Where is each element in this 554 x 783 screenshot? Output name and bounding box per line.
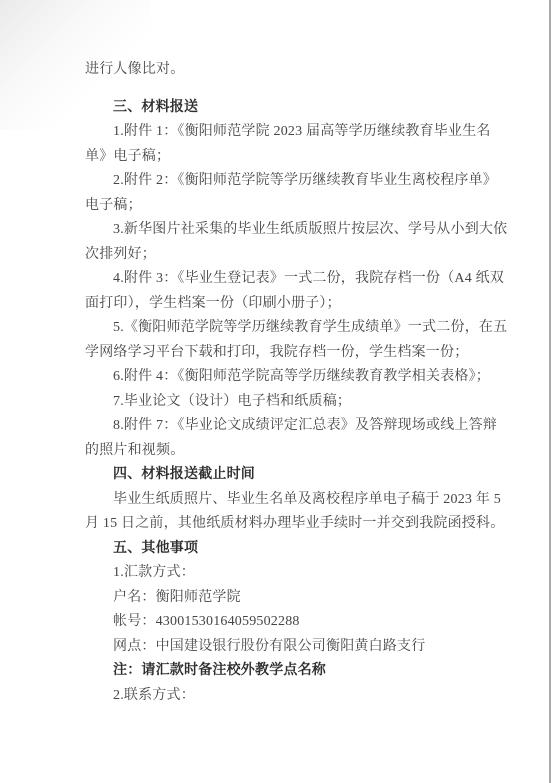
text-line: 网点：中国建设银行股份有限公司衡阳黄白路支行	[85, 635, 469, 660]
text-line: 面打印），学生档案一份（印刷小册子）；	[85, 292, 469, 317]
text-line: 8.附件 7：《毕业论文成绩评定汇总表》及答辩现场或线上答辩	[85, 414, 469, 439]
text-line: 1.汇款方式：	[85, 561, 469, 586]
text-line: 3.新华图片社采集的毕业生纸质版照片按层次、学号从小到大依	[85, 218, 469, 243]
text-line: 毕业生纸质照片、毕业生名单及离校程序单电子稿于 2023 年 5	[85, 488, 469, 513]
heading-line: 三、材料报送	[85, 96, 469, 121]
document-lines: 进行人像比对。三、材料报送1.附件 1：《衡阳师范学院 2023 届高等学历继续…	[85, 58, 469, 708]
text-line: 进行人像比对。	[85, 58, 469, 83]
text-line: 帐号：43001530164059502288	[85, 610, 469, 635]
text-line: 学网络学习平台下载和打印，我院存档一份，学生档案一份；	[85, 341, 469, 366]
text-line: 2.联系方式：	[85, 684, 469, 709]
heading-line: 注：请汇款时备注校外教学点名称	[85, 659, 469, 684]
text-line: 单》电子稿；	[85, 145, 469, 170]
page-edge-line	[549, 0, 551, 783]
text-line: 6.附件 4：《衡阳师范学院高等学历继续教育教学相关表格》；	[85, 365, 469, 390]
heading-line: 四、材料报送截止时间	[85, 463, 469, 488]
text-line: 月 15 日之前，其他纸质材料办理毕业手续时一并交到我院函授科。	[85, 512, 469, 537]
text-line: 2.附件 2：《衡阳师范学院等学历继续教育毕业生离校程序单》	[85, 169, 469, 194]
text-line: 1.附件 1：《衡阳师范学院 2023 届高等学历继续教育毕业生名	[85, 120, 469, 145]
text-line: 的照片和视频。	[85, 439, 469, 464]
text-line: 电子稿；	[85, 194, 469, 219]
document-page: 进行人像比对。三、材料报送1.附件 1：《衡阳师范学院 2023 届高等学历继续…	[0, 0, 554, 783]
text-line: 5.《衡阳师范学院等学历继续教育学生成绩单》一式二份，在五	[85, 316, 469, 341]
heading-line: 五、其他事项	[85, 537, 469, 562]
text-line: 7.毕业论文（设计）电子档和纸质稿；	[85, 390, 469, 415]
text-line: 次排列好；	[85, 243, 469, 268]
text-line: 4.附件 3：《毕业生登记表》一式二份，我院存档一份（A4 纸双	[85, 267, 469, 292]
text-line: 户名：衡阳师范学院	[85, 586, 469, 611]
